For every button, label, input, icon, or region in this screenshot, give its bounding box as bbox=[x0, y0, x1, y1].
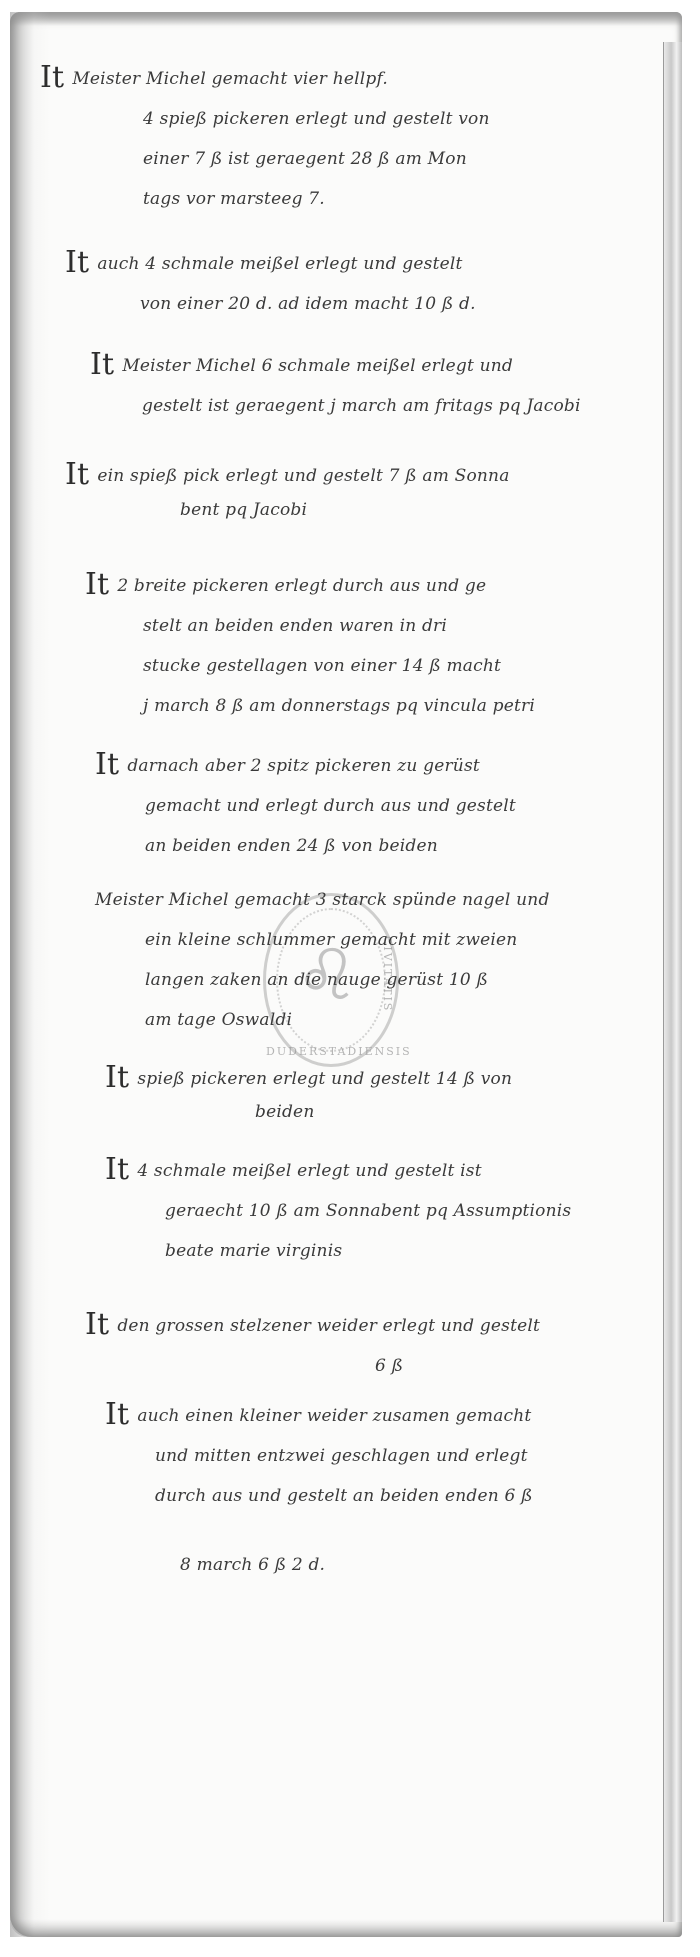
account-total: 8 march 6 ß 2 d. bbox=[180, 1545, 325, 1585]
item-mark: It bbox=[65, 457, 89, 492]
account-entry: ItMeister Michel gemacht vier hellpf. 4 … bbox=[40, 58, 490, 219]
entry-line: 4 spieß pickeren erlegt und gestelt von bbox=[40, 99, 490, 139]
item-mark: It bbox=[95, 747, 119, 782]
entry-line: und mitten entzwei geschlagen und erlegt bbox=[105, 1436, 533, 1476]
entry-line: auch einen kleiner weider zusamen gemach… bbox=[137, 1406, 531, 1426]
entry-line: darnach aber 2 spitz pickeren zu gerüst bbox=[127, 756, 480, 776]
entry-line: beiden bbox=[105, 1099, 512, 1125]
entry-line: ein spieß pick erlegt und gestelt 7 ß am… bbox=[97, 466, 509, 486]
item-mark: It bbox=[65, 245, 89, 280]
entry-line: tags vor marsteeg 7. bbox=[40, 179, 490, 219]
entry-line: 2 breite pickeren erlegt durch aus und g… bbox=[117, 576, 486, 596]
entry-line: 6 ß bbox=[85, 1346, 540, 1386]
account-entry: Itspieß pickeren erlegt und gestelt 14 ß… bbox=[105, 1058, 512, 1125]
entry-line: gemacht und erlegt durch aus und gestelt bbox=[95, 786, 516, 826]
total-line: 8 march 6 ß 2 d. bbox=[180, 1545, 325, 1585]
entry-line: stucke gestellagen von einer 14 ß macht bbox=[85, 646, 535, 686]
account-entry: ItMeister Michel 6 schmale meißel erlegt… bbox=[90, 345, 581, 426]
entry-line: langen zaken an die nauge gerüst 10 ß bbox=[95, 960, 550, 1000]
entry-line: Meister Michel gemacht vier hellpf. bbox=[72, 69, 388, 89]
item-mark: It bbox=[40, 60, 64, 95]
entry-line: am tage Oswaldi bbox=[95, 1000, 550, 1040]
entry-line: einer 7 ß ist geraegent 28 ß am Mon bbox=[40, 139, 490, 179]
entry-line: gestelt ist geraegent j march am fritags… bbox=[90, 386, 581, 426]
entry-line: auch 4 schmale meißel erlegt und gestelt bbox=[97, 254, 462, 274]
item-mark: It bbox=[85, 567, 109, 602]
page-edge-top bbox=[10, 12, 682, 26]
item-mark: It bbox=[105, 1152, 129, 1187]
entry-line: j march 8 ß am donnerstags pq vincula pe… bbox=[85, 686, 535, 726]
entry-line: von einer 20 d. ad idem macht 10 ß d. bbox=[65, 284, 476, 324]
item-mark: It bbox=[105, 1397, 129, 1432]
entry-line: an beiden enden 24 ß von beiden bbox=[95, 826, 516, 866]
entry-line: stelt an beiden enden waren in dri bbox=[85, 606, 535, 646]
page-edge-bottom bbox=[10, 1919, 682, 1937]
entry-line: Meister Michel 6 schmale meißel erlegt u… bbox=[122, 356, 513, 376]
page-edge-left bbox=[10, 12, 50, 1937]
entry-line: beate marie virginis bbox=[105, 1231, 571, 1271]
account-entry: Itein spieß pick erlegt und gestelt 7 ß … bbox=[65, 455, 510, 524]
account-entry: Itauch einen kleiner weider zusamen gema… bbox=[105, 1395, 533, 1516]
entry-line: 4 schmale meißel erlegt und gestelt ist bbox=[137, 1161, 481, 1181]
seal-bottom-text: DUDERSTADIENSIS bbox=[266, 1045, 396, 1058]
account-entry: Itauch 4 schmale meißel erlegt und geste… bbox=[65, 243, 476, 324]
account-entry: It4 schmale meißel erlegt und gestelt is… bbox=[105, 1150, 571, 1271]
entry-line: geraecht 10 ß am Sonnabent pq Assumption… bbox=[105, 1191, 571, 1231]
entry-line: ein kleine schlummer gemacht mit zweien bbox=[95, 920, 550, 960]
entry-line: Meister Michel gemacht 3 starck spünde n… bbox=[95, 880, 550, 920]
account-entry: Meister Michel gemacht 3 starck spünde n… bbox=[95, 880, 550, 1040]
account-entry: It2 breite pickeren erlegt durch aus und… bbox=[85, 565, 535, 726]
entry-line: bent pq Jacobi bbox=[65, 496, 510, 524]
entry-line: den grossen stelzener weider erlegt und … bbox=[117, 1316, 540, 1336]
binding-edge bbox=[663, 42, 682, 1922]
entry-line: durch aus und gestelt an beiden enden 6 … bbox=[105, 1476, 533, 1516]
item-mark: It bbox=[90, 347, 114, 382]
item-mark: It bbox=[85, 1307, 109, 1342]
entry-line: spieß pickeren erlegt und gestelt 14 ß v… bbox=[137, 1069, 512, 1089]
account-entry: Itden grossen stelzener weider erlegt un… bbox=[85, 1305, 540, 1386]
item-mark: It bbox=[105, 1060, 129, 1095]
account-entry: Itdarnach aber 2 spitz pickeren zu gerüs… bbox=[95, 745, 516, 866]
